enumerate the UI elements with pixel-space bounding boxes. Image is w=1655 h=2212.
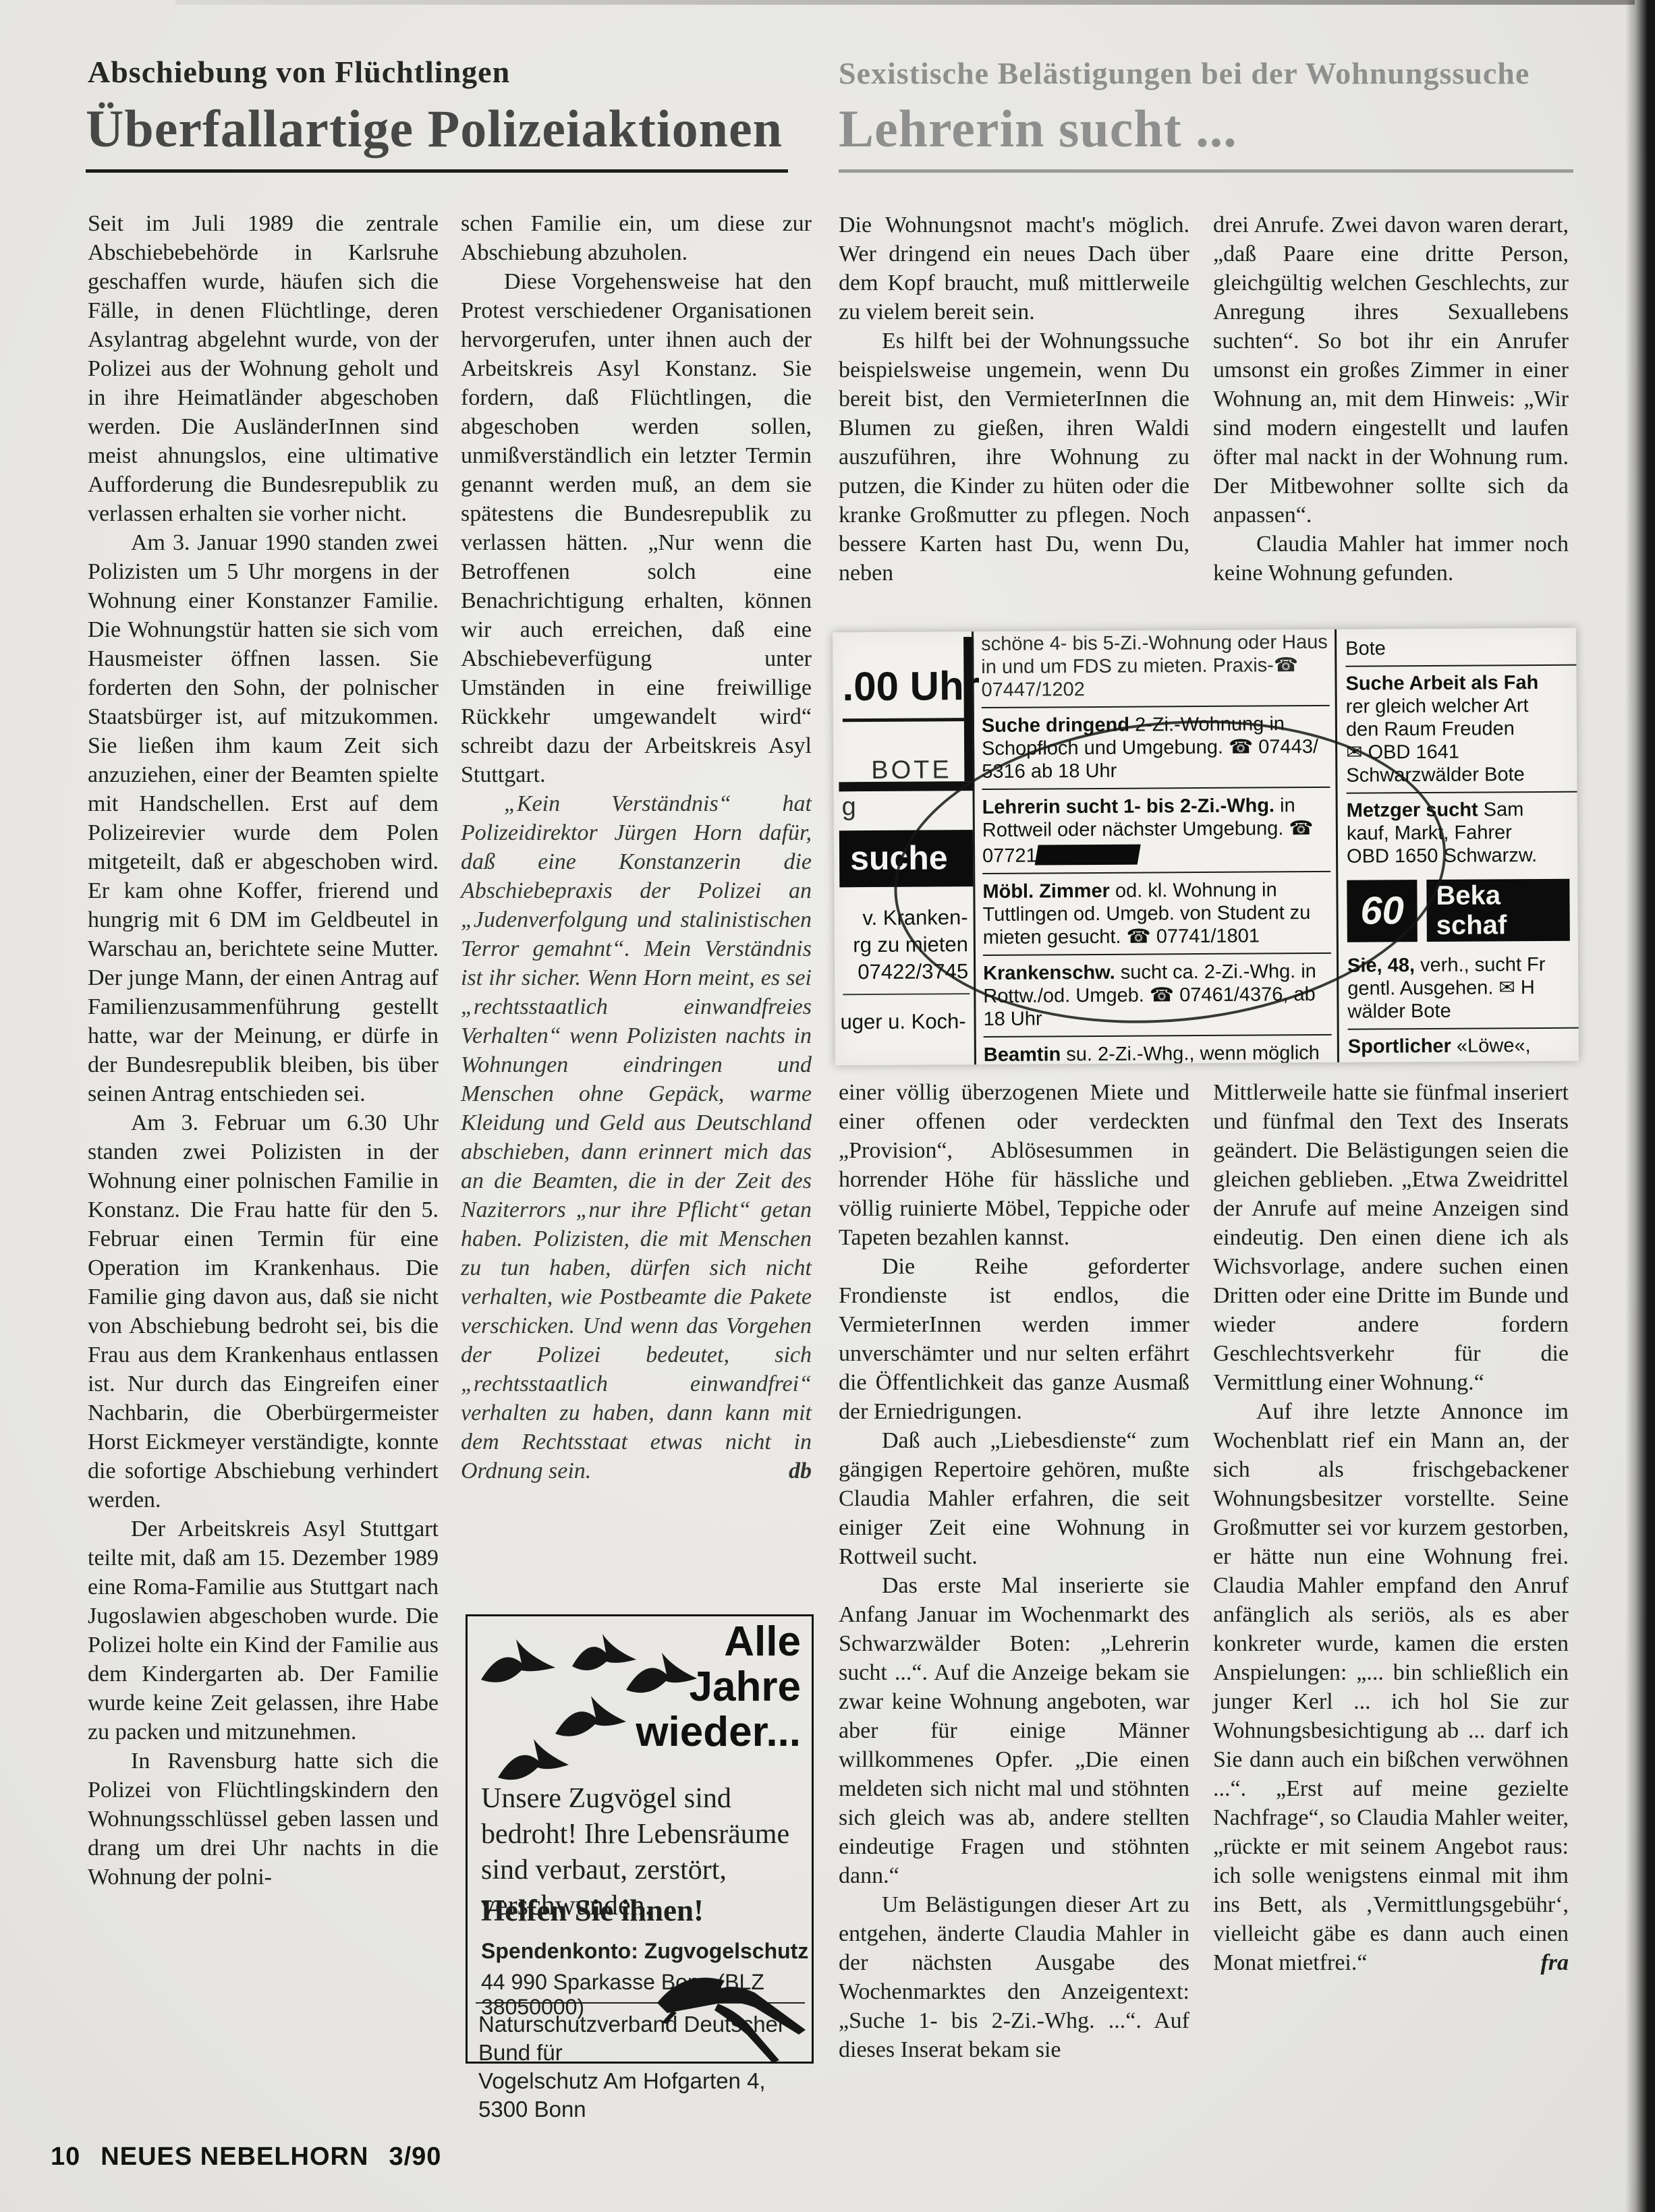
body-paragraph: Die Reihe geforderter Frondienste ist en… [839, 1252, 1189, 1426]
clipping-frame-bar-horizontal [839, 781, 974, 791]
classified-ad: Sportlicher «Löwe«, [1348, 1027, 1579, 1064]
magazine-page: Abschiebung von Flüchtlingen Überfallart… [0, 0, 1655, 2212]
headline-right: Lehrerin sucht ... [839, 98, 1237, 159]
scan-edge-top [175, 0, 1635, 5]
ad-help-call: Helfen Sie ihnen! [481, 1893, 704, 1928]
author-signature-db: db [725, 1456, 812, 1485]
divider [843, 718, 964, 722]
article-right-column-4-bottom: Mittlerweile hatte sie fünfmal inseriert… [1213, 1078, 1569, 1977]
clipping-housing-ads: schöne 4- bis 5-Zi.-Wohnung oder Haus in… [981, 629, 1332, 1065]
article-right-column-3-top: Die Wohnungsnot macht's möglich. Wer dri… [839, 210, 1189, 588]
article-left-column-2: schen Familie ein, um diese zur Abschieb… [461, 209, 812, 1485]
redacted-phone-number [1034, 845, 1140, 866]
classified-ad: Beamtin su. 2-Zi.-Whg., wenn möglich Gar… [984, 1034, 1333, 1065]
bird-protection-ad: Alle Jahre wieder... Unsere Zugvögel sin… [466, 1614, 814, 2064]
body-paragraph: Um Belästigungen dieser Art zu entgehen,… [839, 1890, 1189, 2064]
classified-ad: Suche dringend 2-Zi.-Wohnung in Schopflo… [982, 705, 1330, 789]
commentary-paragraph: „Kein Verständnis“ hat Polizeidirektor J… [461, 789, 812, 1485]
kicker-right: Sexistische Belästigungen bei der Wohnun… [839, 55, 1530, 91]
ad-text: schöne 4- bis 5-Zi.-Wohnung oder Haus in… [981, 631, 1328, 701]
stork-icon [654, 1966, 809, 2064]
gesuche-section-box: suche [839, 830, 974, 887]
section-label-badge: Beka schaf [1426, 879, 1570, 942]
body-paragraph: Am 3. Februar um 6.30 Uhr standen zwei P… [88, 1108, 439, 1514]
commentary-text: „Kein Verständnis“ hat Polizeidirektor J… [461, 791, 812, 1483]
magazine-title: NEUES NEBELHORN [101, 2143, 368, 2171]
classified-ad: Metzger sucht Sam kauf, Markt, Fahrer OB… [1347, 791, 1579, 874]
body-paragraph: Mittlerweile hatte sie fünfmal inseriert… [1213, 1078, 1569, 1397]
scan-edge-right [1625, 0, 1655, 2212]
body-paragraph: Am 3. Januar 1990 standen zwei Poliziste… [88, 528, 439, 1108]
newspaper-clipping: .00 Uhr BOTE g suche v. Kranken- rg zu m… [833, 628, 1579, 1066]
ad-lead: Krankenschw. [983, 962, 1115, 984]
body-paragraph: Das erste Mal inserierte sie Anfang Janu… [839, 1571, 1189, 1890]
classified-ad: Sie, 48, verh., sucht Fr gentl. Ausgehen… [1347, 948, 1579, 1029]
body-paragraph: In Ravensburg hatte sich die Polizei von… [88, 1747, 439, 1892]
ad-text: «Löwe«, [1451, 1035, 1531, 1057]
ad-headline: Alle Jahre wieder... [636, 1619, 801, 1755]
author-signature-fra: fra [1477, 1948, 1569, 1977]
body-paragraph: drei Anrufe. Zwei davon waren derart, „d… [1213, 210, 1569, 530]
divider [843, 993, 970, 995]
body-paragraph: Seit im Juli 1989 die zentrale Abschiebe… [88, 209, 439, 528]
headline-rule-right [839, 169, 1573, 173]
classified-ad: Möbl. Zimmer od. kl. Wohnung in Tuttling… [982, 871, 1331, 955]
classified-ad-lehrerin: Lehrerin sucht 1- bis 2-Zi.-Whg. in Rott… [982, 787, 1330, 873]
ad-lead: Suche dringend [982, 714, 1129, 737]
clipping-letter-fragment: g [842, 793, 856, 822]
kicker-left: Abschiebung von Flüchtlingen [88, 54, 510, 90]
donation-account-label: Spendenkonto: Zugvogelschutz [481, 1939, 808, 1964]
issue-number: 3/90 [389, 2143, 441, 2171]
ad-lead: Suche Arbeit als Fah [1345, 672, 1538, 695]
ad-text: Bote [1345, 637, 1386, 659]
classified-ad: Krankenschw. sucht ca. 2-Zi.-Whg. in Rot… [983, 953, 1332, 1036]
headline-left: Überfallartige Polizeiaktionen [86, 98, 783, 159]
headline-rule-left [86, 169, 788, 173]
page-number: 10 [51, 2143, 80, 2171]
body-paragraph: schen Familie ein, um diese zur Abschieb… [461, 209, 812, 267]
body-paragraph: Es hilft bei der Wohnungssuche beispiels… [839, 327, 1189, 588]
article-right-column-4-top: drei Anrufe. Zwei davon waren derart, „d… [1213, 210, 1569, 588]
ad-lead: Sportlicher [1348, 1036, 1451, 1058]
body-paragraph: Die Wohnungsnot macht's möglich. Wer dri… [839, 210, 1189, 327]
clipping-koch-fragment: uger u. Koch- [840, 1009, 965, 1034]
body-paragraph: einer völlig überzogenen Miete und einer… [839, 1078, 1189, 1252]
body-paragraph: Claudia Mahler hat immer noch keine Wohn… [1213, 530, 1569, 588]
body-paragraph: Auf ihre letzte Annonce im Wochenblatt r… [1213, 1397, 1569, 1977]
article-right-column-3-bottom: einer völlig überzogenen Miete und einer… [839, 1078, 1189, 2064]
page-footer: 10NEUES NEBELHORN3/90 [51, 2143, 461, 2172]
classified-ad: schöne 4- bis 5-Zi.-Wohnung oder Haus in… [981, 628, 1330, 707]
body-text: Auf ihre letzte Annonce im Wochenblatt r… [1213, 1399, 1569, 1975]
ad-lead: Sie, 48, [1347, 955, 1415, 977]
clipping-time-fragment: .00 Uhr [842, 662, 980, 710]
body-paragraph: Daß auch „Liebesdienste“ zum gängigen Re… [839, 1426, 1189, 1571]
classified-ad: Suche Arbeit als Fah rer gleich welcher … [1345, 666, 1579, 793]
article-left-column-1: Seit im Juli 1989 die zentrale Abschiebe… [88, 209, 439, 1892]
body-paragraph: Diese Vorgehensweise hat den Protest ver… [461, 267, 812, 789]
clipping-left-fragment: .00 Uhr BOTE g suche v. Kranken- rg zu m… [838, 631, 973, 1065]
classified-ad-fragment: Bote [1345, 631, 1578, 667]
clipping-seek-fragment: v. Kranken- rg zu mieten 07422/3745 [840, 904, 969, 986]
ad-lead: Möbl. Zimmer [982, 880, 1110, 903]
body-paragraph: Der Arbeitskreis Asyl Stuttgart teilte m… [88, 1514, 439, 1747]
ad-lead: Lehrerin sucht 1- bis 2-Zi.-Whg. [982, 795, 1275, 818]
ad-lead: Metzger sucht [1347, 799, 1478, 822]
bekanntschaften-banner: 60 Beka schaf [1347, 879, 1579, 942]
section-number-badge: 60 [1347, 880, 1418, 942]
ad-lead: Beamtin [984, 1044, 1061, 1065]
column-rule [1335, 629, 1339, 1062]
clipping-right-column: Bote Suche Arbeit als Fah rer gleich wel… [1345, 631, 1579, 1064]
